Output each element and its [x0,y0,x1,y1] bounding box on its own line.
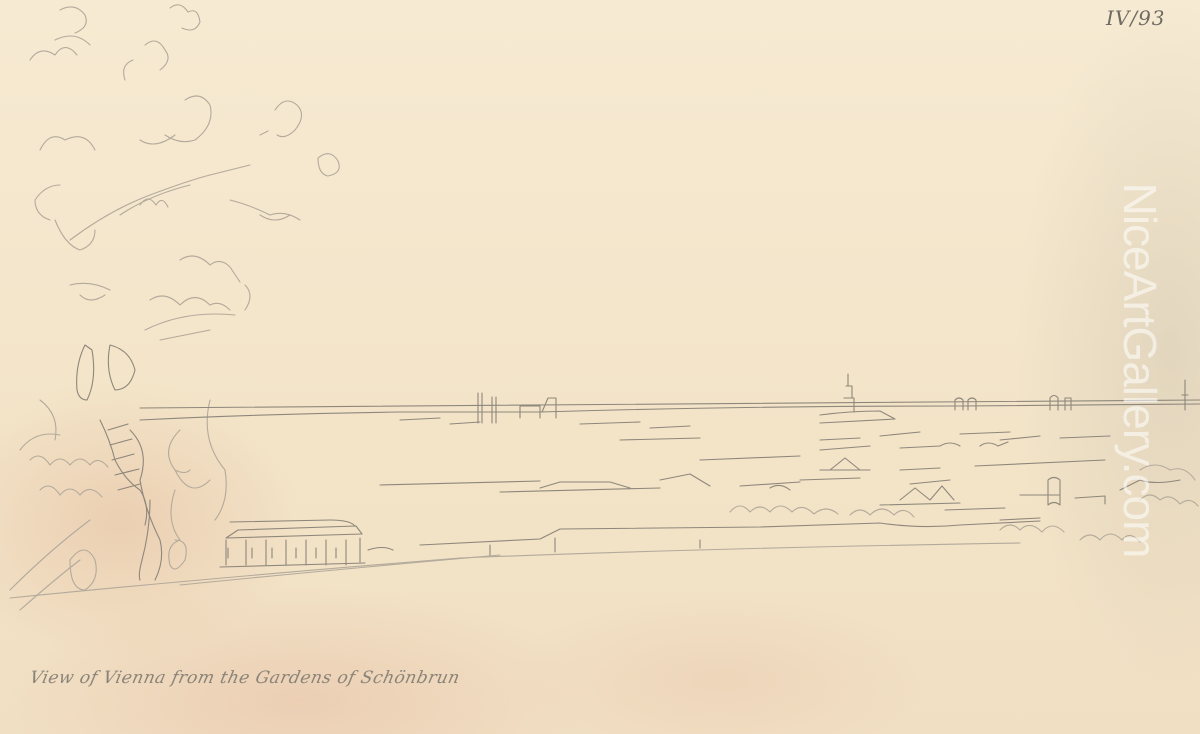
tree-trunk [77,345,162,580]
catalog-number: IV/93 [1106,6,1166,30]
handwritten-caption: View of Vienna from the Gardens of Schön… [28,668,462,688]
pencil-drawing [0,0,1200,734]
pavilion [220,520,393,567]
tree-left-branches [10,400,226,610]
sketch-sheet: IV/93 View of Vienna from the Gardens of… [0,0,1200,734]
watermark: NiceArtGallery.com [1113,183,1167,558]
tree-foliage [30,5,339,340]
